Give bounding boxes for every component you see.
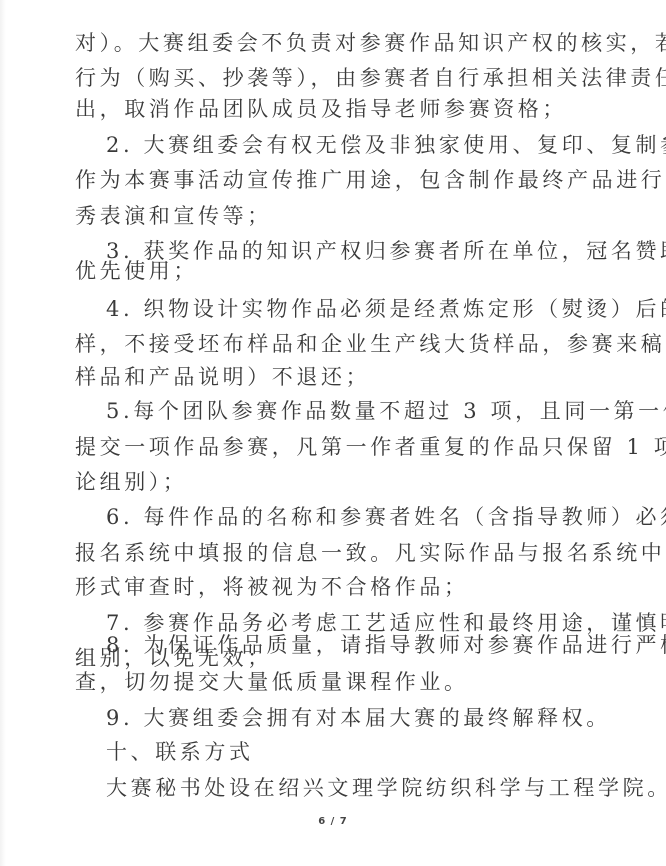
text-line-3: 出，取消作品团队成员及指导老师参赛资格； [75, 94, 589, 124]
clause-5-line-3: 论组别）； [75, 467, 589, 497]
clause-4-line-2: 样，不接受坯布样品和企业生产线大货样品，参赛来稿（含作品、 [75, 329, 589, 359]
contact-secretariat-text: 大赛秘书处设在绍兴文理学院纺织科学与工程学院。 [106, 773, 620, 803]
clause-8-line-2: 查，切勿提交大量低质量课程作业。 [75, 667, 589, 697]
clause-6-line-2: 报名系统中填报的信息一致。凡实际作品与报名系统中不一致的， [75, 538, 589, 568]
clause-2-line-2: 作为本赛事活动宣传推广用途，包含制作最终产品进行时尚发布 [75, 165, 589, 195]
clause-3-line-2: 优先使用； [75, 256, 589, 286]
clause-6-line-3: 形式审查时，将被视为不合格作品； [75, 572, 589, 602]
clause-8-line-1: 8. 为保证作品质量，请指导教师对参赛作品进行严格审 [106, 630, 620, 660]
clause-5-line-2: 提交一项作品参赛，凡第一作者重复的作品只保留 1 项入围（无 [75, 432, 589, 462]
clause-9-line-1: 9. 大赛组委会拥有对本届大赛的最终解释权。 [106, 703, 620, 733]
text-line-1: 对）。大赛组委会不负责对参赛作品知识产权的核实，若发生侵权 [75, 28, 589, 58]
page-edge-shadow [0, 0, 6, 866]
text-line-2: 行为（购买、抄袭等），由参赛者自行承担相关法律责任，一经查 [75, 63, 589, 93]
clause-5-line-1: 5.每个团队参赛作品数量不超过 3 项，且同一第一作者只能 [106, 396, 620, 426]
clause-2-line-1: 2. 大赛组委会有权无偿及非独家使用、复印、复制参赛作品 [106, 130, 620, 160]
section-heading-contact: 十、联系方式 [106, 737, 620, 767]
page-number: 6 / 7 [0, 816, 666, 827]
clause-4-line-1: 4. 织物设计实物作品必须是经煮炼定形（熨烫）后的成品小 [106, 294, 620, 324]
document-page: 对）。大赛组委会不负责对参赛作品知识产权的核实，若发生侵权 行为（购买、抄袭等）… [0, 0, 666, 866]
clause-2-line-3: 秀表演和宣传等； [75, 201, 589, 231]
clause-6-line-1: 6. 每件作品的名称和参赛者姓名（含指导教师）必须与网上 [106, 502, 620, 532]
clause-4-line-3: 样品和产品说明）不退还； [75, 362, 589, 392]
